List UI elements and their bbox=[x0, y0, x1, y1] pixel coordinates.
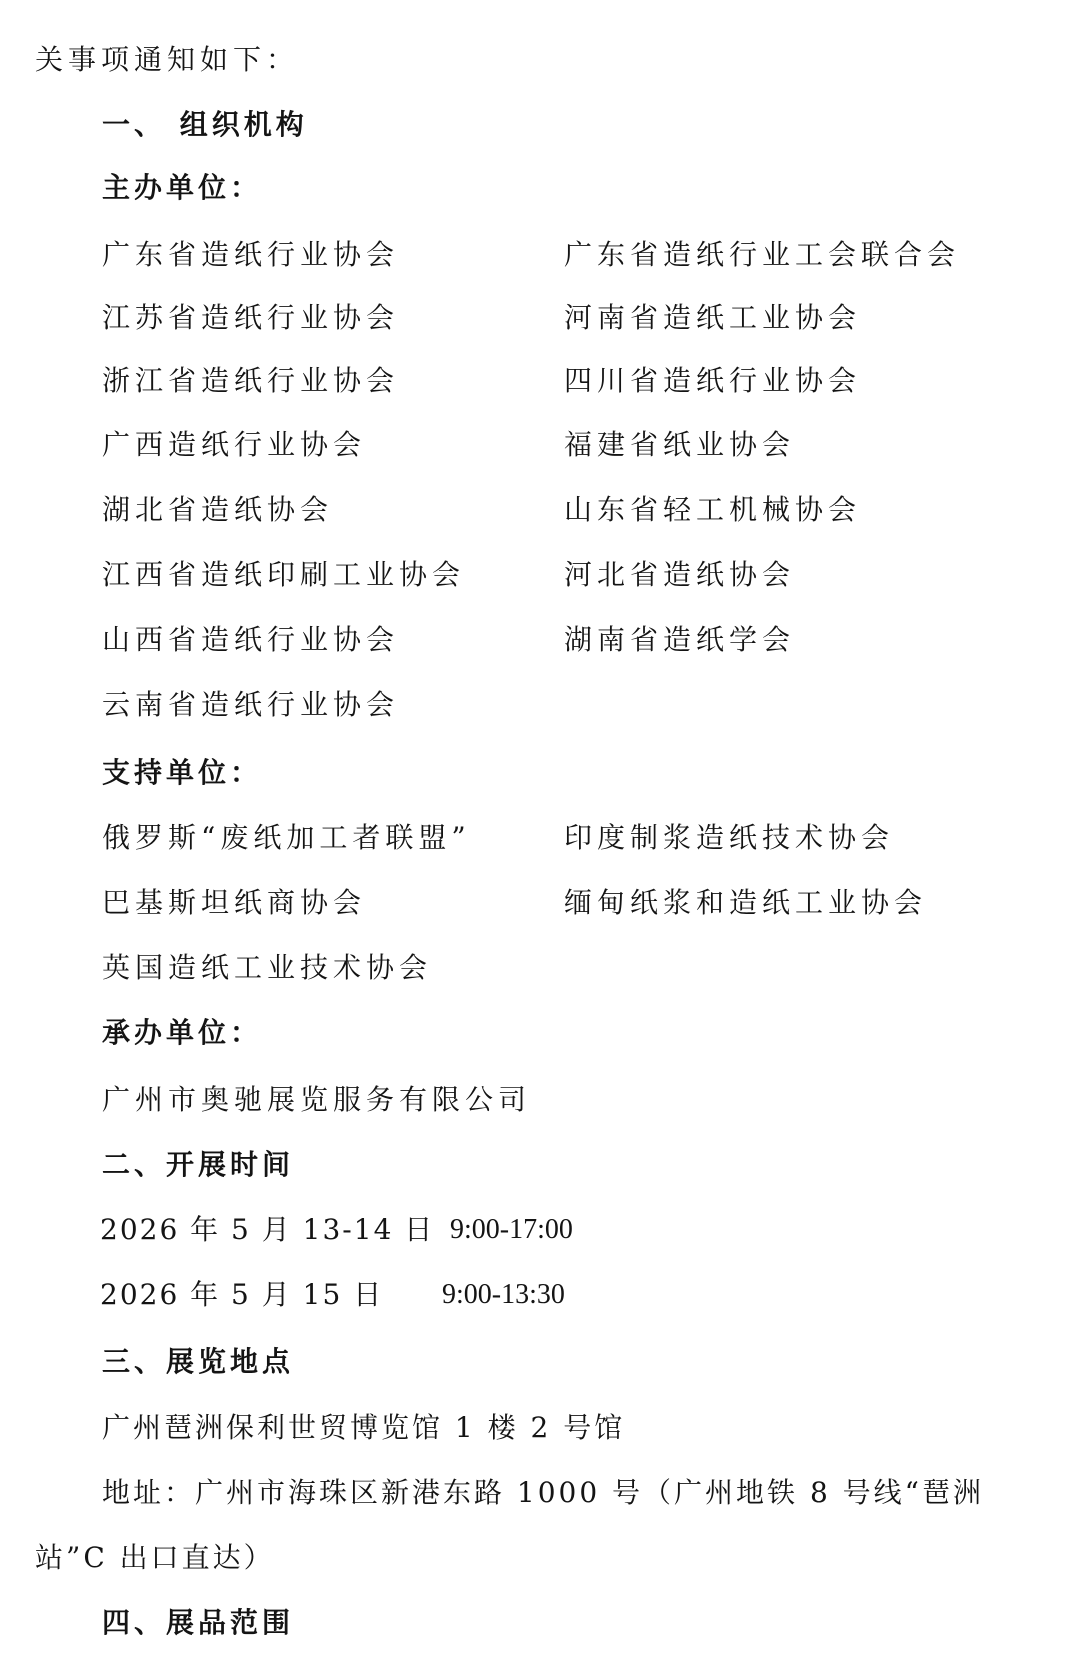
organizer-item: 湖南省造纸学会 bbox=[564, 620, 795, 660]
organizer-item: 云南省造纸行业协会 bbox=[102, 685, 399, 725]
supporter-item: 英国造纸工业技术协会 bbox=[102, 948, 432, 988]
schedule-date: 2026 年 5 月 13-14 日 bbox=[100, 1210, 434, 1250]
organizer-item: 江苏省造纸行业协会 bbox=[102, 298, 399, 338]
organizer-item: 广东省造纸行业工会联合会 bbox=[564, 235, 960, 275]
supporter-item: 巴基斯坦纸商协会 bbox=[102, 883, 366, 923]
section-heading-organization: 一、 组织机构 bbox=[102, 105, 308, 145]
venue-name: 广州琶洲保利世贸博览馆 1 楼 2 号馆 bbox=[102, 1408, 625, 1448]
intro-text: 关事项通知如下： bbox=[35, 40, 299, 80]
supporter-item: 俄罗斯“废纸加工者联盟” bbox=[102, 818, 471, 858]
organizer-item: 山东省轻工机械协会 bbox=[564, 490, 861, 530]
organizer-item: 广西造纸行业协会 bbox=[102, 425, 366, 465]
host-name: 广州市奥驰展览服务有限公司 bbox=[102, 1080, 531, 1120]
schedule-time: 9:00-17:00 bbox=[450, 1210, 573, 1250]
organizer-item: 广东省造纸行业协会 bbox=[102, 235, 399, 275]
organizer-item: 浙江省造纸行业协会 bbox=[102, 361, 399, 401]
venue-address: 地址：广州市海珠区新港东路 1000 号（广州地铁 8 号线“琶洲 bbox=[102, 1473, 984, 1513]
section-heading-venue: 三、展览地点 bbox=[102, 1342, 294, 1382]
schedule-time: 9:00-13:30 bbox=[442, 1275, 565, 1315]
supporters-label: 支持单位： bbox=[102, 753, 262, 793]
organizer-item: 四川省造纸行业协会 bbox=[564, 361, 861, 401]
supporter-item: 缅甸纸浆和造纸工业协会 bbox=[564, 883, 927, 923]
organizer-item: 山西省造纸行业协会 bbox=[102, 620, 399, 660]
section-heading-time: 二、开展时间 bbox=[102, 1145, 294, 1185]
organizer-item: 福建省纸业协会 bbox=[564, 425, 795, 465]
schedule-date: 2026 年 5 月 15 日 bbox=[100, 1275, 383, 1315]
organizer-item: 江西省造纸印刷工业协会 bbox=[102, 555, 465, 595]
organizers-label: 主办单位： bbox=[102, 168, 262, 208]
organizer-item: 河南省造纸工业协会 bbox=[564, 298, 861, 338]
host-label: 承办单位： bbox=[102, 1013, 262, 1053]
organizer-item: 湖北省造纸协会 bbox=[102, 490, 333, 530]
organizer-item: 河北省造纸协会 bbox=[564, 555, 795, 595]
section-heading-exhibits: 四、展品范围 bbox=[102, 1603, 294, 1643]
supporter-item: 印度制浆造纸技术协会 bbox=[564, 818, 894, 858]
venue-address-continued: 站”C 出口直达） bbox=[35, 1538, 275, 1578]
